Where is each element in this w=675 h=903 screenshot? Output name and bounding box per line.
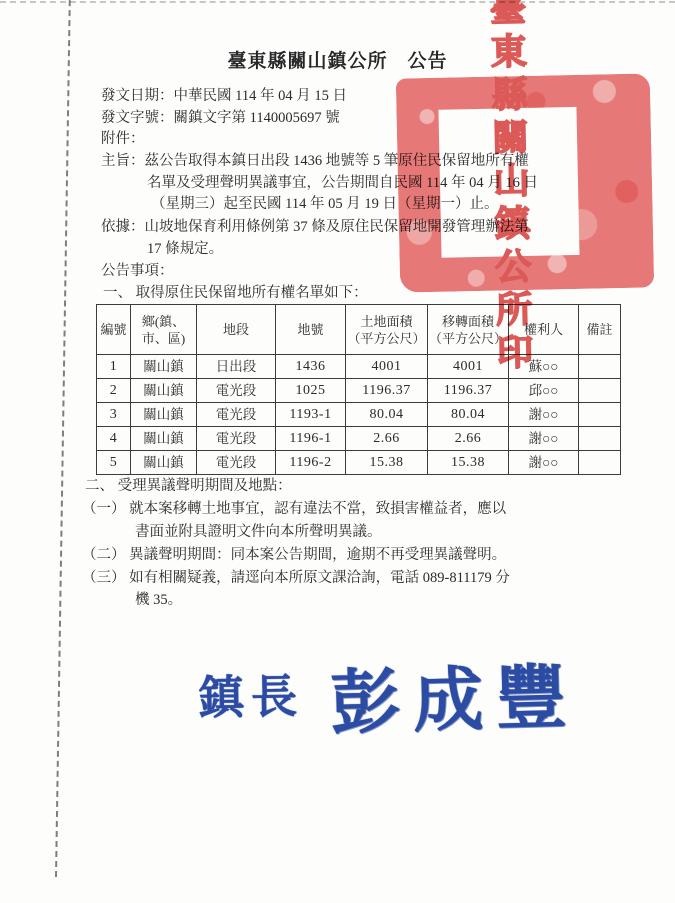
cell-note bbox=[579, 427, 621, 451]
cell-no: 3 bbox=[97, 403, 131, 427]
announcement-page: 臺東縣關山鎮公所 公告 發文日期：中華民國 114 年 04 月 15 日 發文… bbox=[0, 0, 675, 903]
cell-owner: 謝○○ bbox=[509, 427, 579, 451]
attachment-label: 附件： bbox=[101, 129, 145, 149]
cell-no: 5 bbox=[97, 451, 131, 475]
cell-transfer-area: 15.38 bbox=[428, 451, 509, 475]
table-row: 2 關山鎮 電光段 1025 1196.37 1196.37 邱○○ bbox=[97, 379, 621, 403]
cell-parcel: 1196-2 bbox=[276, 451, 346, 475]
cell-owner: 謝○○ bbox=[509, 451, 579, 475]
item2-sub1-line2: 書面並附具證明文件向本所聲明異議。 bbox=[135, 522, 382, 542]
cell-land-area: 4001 bbox=[346, 355, 428, 379]
cell-section: 電光段 bbox=[197, 427, 276, 451]
cell-no: 1 bbox=[97, 355, 131, 379]
cell-note bbox=[579, 379, 621, 403]
cell-transfer-area: 80.04 bbox=[428, 403, 509, 427]
cell-township: 關山鎮 bbox=[131, 379, 197, 403]
col-note: 備註 bbox=[579, 305, 621, 355]
scan-edge-horizontal bbox=[0, 1, 675, 3]
basis-line-2: 17 條規定。 bbox=[147, 239, 223, 259]
signature-title: 鎮長 bbox=[197, 660, 304, 728]
issue-date-value: 中華民國 114 年 04 月 15 日 bbox=[174, 88, 347, 104]
item2-sub3-line1: （三） 如有相關疑義，請逕向本所原文課洽詢，電話 089-811179 分 bbox=[82, 568, 510, 588]
items-heading: 公告事項： bbox=[101, 261, 174, 281]
signature-name: 彭成豐 bbox=[329, 640, 581, 747]
table-row: 5 關山鎮 電光段 1196-2 15.38 15.38 謝○○ bbox=[97, 451, 621, 475]
cell-township: 關山鎮 bbox=[131, 451, 197, 475]
cell-parcel: 1196-1 bbox=[276, 427, 346, 451]
col-section: 地段 bbox=[197, 305, 276, 355]
cell-section: 日出段 bbox=[197, 355, 276, 379]
table-row: 4 關山鎮 電光段 1196-1 2.66 2.66 謝○○ bbox=[97, 427, 621, 451]
doc-number-label: 發文字號： bbox=[101, 110, 174, 126]
doc-number-value: 關鎮文字第 1140005697 號 bbox=[174, 110, 340, 126]
doc-number-line: 發文字號：關鎮文字第 1140005697 號 bbox=[101, 108, 340, 128]
cell-section: 電光段 bbox=[197, 403, 276, 427]
cell-township: 關山鎮 bbox=[131, 427, 197, 451]
item2-sub3-line2: 機 35。 bbox=[135, 590, 182, 610]
cell-parcel: 1436 bbox=[276, 355, 346, 379]
cell-township: 關山鎮 bbox=[131, 403, 197, 427]
cell-owner: 謝○○ bbox=[509, 403, 579, 427]
col-township: 鄉(鎮、市、區) bbox=[131, 305, 197, 355]
table-header-row: 編號 鄉(鎮、市、區) 地段 地號 土地面積（平方公尺） 移轉面積（平方公尺） … bbox=[97, 305, 621, 355]
cell-note bbox=[579, 355, 621, 379]
seal-text: 臺東縣關山鎮公所印 bbox=[482, 0, 536, 376]
official-seal: 臺東縣關山鎮公所印 bbox=[396, 73, 654, 292]
table-row: 1 關山鎮 日出段 1436 4001 4001 蘇○○ bbox=[97, 355, 621, 379]
cell-parcel: 1025 bbox=[276, 379, 346, 403]
cell-land-area: 1196.37 bbox=[346, 379, 428, 403]
page-title: 臺東縣關山鎮公所 公告 bbox=[0, 46, 675, 73]
cell-section: 電光段 bbox=[197, 451, 276, 475]
cell-owner: 邱○○ bbox=[509, 379, 579, 403]
item2-heading: 二、 受理異議聲明期間及地點： bbox=[85, 476, 292, 496]
cell-township: 關山鎮 bbox=[131, 355, 197, 379]
item1-heading: 一、 取得原住民保留地所有權名單如下： bbox=[103, 283, 368, 303]
cell-note bbox=[579, 451, 621, 475]
cell-land-area: 80.04 bbox=[346, 403, 428, 427]
table-row: 3 關山鎮 電光段 1193-1 80.04 80.04 謝○○ bbox=[97, 403, 621, 427]
item2-sub2: （二） 異議聲明期間：同本案公告期間，逾期不再受理異議聲明。 bbox=[82, 545, 506, 565]
cell-parcel: 1193-1 bbox=[276, 403, 346, 427]
cell-transfer-area: 2.66 bbox=[428, 427, 509, 451]
cell-no: 4 bbox=[97, 427, 131, 451]
mayor-signature: 鎮長 彭成豐 bbox=[198, 636, 579, 752]
cell-land-area: 15.38 bbox=[346, 451, 428, 475]
cell-transfer-area: 1196.37 bbox=[428, 379, 509, 403]
cell-note bbox=[579, 403, 621, 427]
col-no: 編號 bbox=[97, 305, 131, 355]
col-parcel: 地號 bbox=[276, 305, 346, 355]
scan-edge-vertical bbox=[55, 0, 71, 877]
cell-section: 電光段 bbox=[197, 379, 276, 403]
cell-land-area: 2.66 bbox=[346, 427, 428, 451]
seal-inner-area: 臺東縣關山鎮公所印 bbox=[438, 107, 579, 258]
cell-no: 2 bbox=[97, 379, 131, 403]
issue-date-line: 發文日期：中華民國 114 年 04 月 15 日 bbox=[101, 86, 347, 106]
issue-date-label: 發文日期： bbox=[101, 88, 174, 104]
col-land-area: 土地面積（平方公尺） bbox=[346, 305, 428, 355]
item2-sub1-line1: （一） 就本案移轉土地事宜，認有違法不當，致損害權益者，應以 bbox=[82, 499, 506, 519]
land-ownership-table: 編號 鄉(鎮、市、區) 地段 地號 土地面積（平方公尺） 移轉面積（平方公尺） … bbox=[96, 304, 621, 475]
